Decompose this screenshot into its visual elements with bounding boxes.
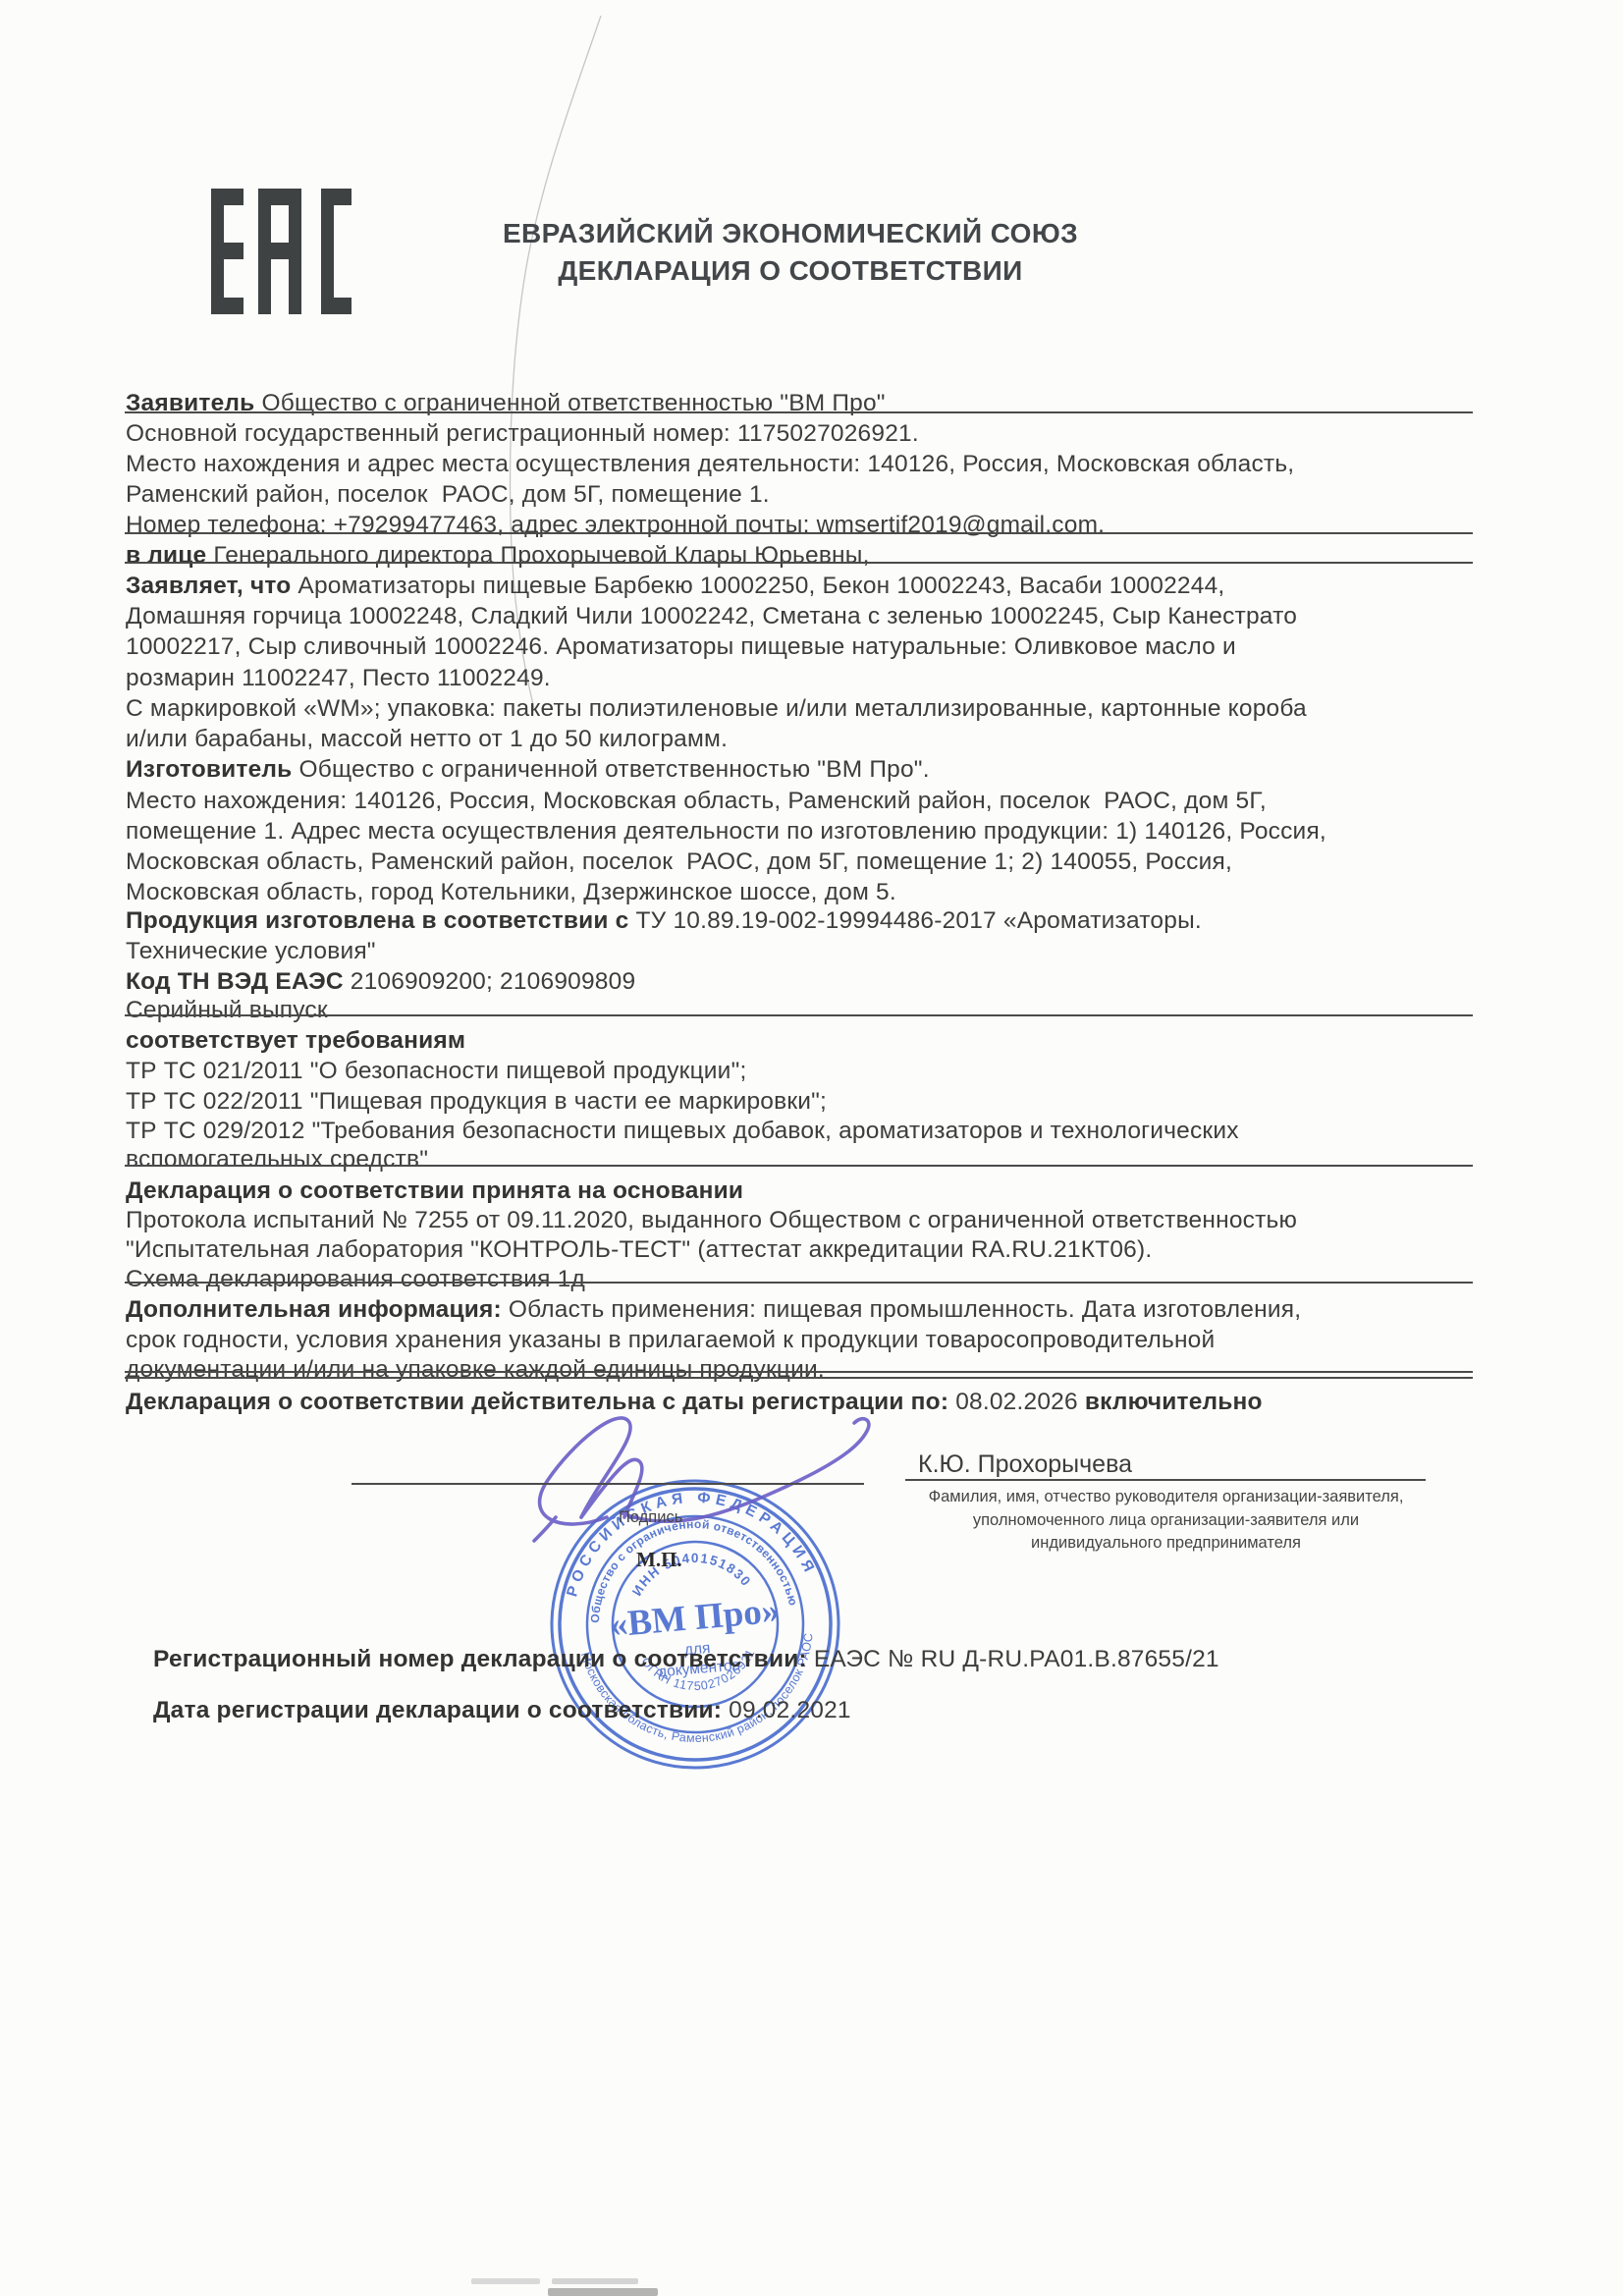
- registration-date-line: Дата регистрации декларации о соответств…: [126, 1669, 851, 1752]
- title-declaration: ДЕКЛАРАЦИЯ О СООТВЕТСТВИИ: [412, 252, 1168, 290]
- body-line-9: 10002217, Сыр сливочный 10002246. Аромат…: [126, 631, 1236, 662]
- holder-name: К.Ю. Прохорычева: [918, 1450, 1132, 1479]
- rule-applicant: [125, 411, 1473, 413]
- rule-serial: [125, 1014, 1473, 1016]
- body-line-29: "Испытательная лаборатория "КОНТРОЛЬ-ТЕС…: [126, 1234, 1152, 1265]
- title-union: ЕВРАЗИЙСКИЙ ЭКОНОМИЧЕСКИЙ СОЮЗ: [412, 215, 1168, 252]
- body-line-25: ТР ТС 029/2012 "Требования безопасности …: [126, 1116, 1239, 1146]
- body-line-26: вспомогательных средств": [126, 1144, 428, 1175]
- body-line-14: Место нахождения: 140126, Россия, Москов…: [126, 786, 1267, 816]
- body-line-6: в лице Генерального директора Прохорычев…: [126, 540, 870, 571]
- body-line-11: С маркировкой «WM»; упаковка: пакеты пол…: [126, 693, 1307, 724]
- rule-requirements: [125, 1165, 1473, 1167]
- body-line-31: Дополнительная информация: Область приме…: [126, 1294, 1301, 1325]
- body-line-10: розмарин 11002247, Песто 11002249.: [126, 663, 551, 693]
- declaration-document: ЕВРАЗИЙСКИЙ ЭКОНОМИЧЕСКИЙ СОЮЗ ДЕКЛАРАЦИ…: [0, 0, 1623, 2296]
- rule-additional-info: [125, 1371, 1473, 1373]
- holder-notes: Фамилия, имя, отчество руководителя орга…: [903, 1486, 1429, 1556]
- holder-name-line: [905, 1479, 1426, 1481]
- holder-note-3: индивидуального предпринимателя: [903, 1532, 1429, 1556]
- signature-line: [352, 1483, 864, 1485]
- holder-note-2: уполномоченного лица организации-заявите…: [903, 1509, 1429, 1533]
- eac-logo-icon: [211, 189, 352, 314]
- bottom-smudge-3: [548, 2288, 658, 2296]
- bottom-smudge-1: [471, 2278, 540, 2284]
- body-line-32: срок годности, условия хранения указаны …: [126, 1325, 1215, 1355]
- body-line-13: Изготовитель Общество с ограниченной отв…: [126, 754, 930, 785]
- body-line-3: Место нахождения и адрес места осуществл…: [126, 449, 1294, 479]
- body-line-8: Домашняя горчица 10002248, Сладкий Чили …: [126, 601, 1297, 631]
- body-line-2: Основной государственный регистрационный…: [126, 418, 919, 449]
- body-line-17: Московская область, город Котельники, Дз…: [126, 877, 896, 907]
- body-line-34: Декларация о соответствии действительна …: [126, 1387, 1263, 1417]
- body-line-24: ТР ТС 022/2011 "Пищевая продукция в част…: [126, 1086, 827, 1117]
- rule-scheme: [125, 1282, 1473, 1284]
- body-line-4: Раменский район, поселок РАОС, дом 5Г, п…: [126, 479, 770, 510]
- body-line-21: Серийный выпуск: [126, 995, 328, 1025]
- seal-place-label: М.П.: [636, 1548, 682, 1572]
- body-line-1: Заявитель Общество с ограниченной ответс…: [126, 388, 886, 418]
- body-line-20: Код ТН ВЭД ЕАЭС 2106909200; 2106909809: [126, 966, 635, 997]
- rule-contacts: [125, 532, 1473, 534]
- body-line-33: документации и/или на упаковке каждой ед…: [126, 1354, 825, 1385]
- body-line-16: Московская область, Раменский район, пос…: [126, 847, 1232, 877]
- registration-date-label: Дата регистрации декларации о соответств…: [153, 1697, 729, 1723]
- holder-note-1: Фамилия, имя, отчество руководителя орга…: [903, 1486, 1429, 1509]
- body-line-27: Декларация о соответствии принята на осн…: [126, 1175, 743, 1206]
- body-line-22: соответствует требованиям: [126, 1025, 465, 1056]
- body-line-18: Продукция изготовлена в соответствии с Т…: [126, 905, 1202, 936]
- rule-additional-info-2: [125, 1377, 1473, 1379]
- rule-person: [125, 562, 1473, 564]
- body-line-28: Протокола испытаний № 7255 от 09.11.2020…: [126, 1205, 1297, 1235]
- document-title: ЕВРАЗИЙСКИЙ ЭКОНОМИЧЕСКИЙ СОЮЗ ДЕКЛАРАЦИ…: [412, 215, 1168, 290]
- registration-number-value: ЕАЭС № RU Д-RU.РА01.В.87655/21: [814, 1646, 1219, 1672]
- registration-date-value: 09.02.2021: [729, 1697, 851, 1723]
- registration-number-label: Регистрационный номер декларации о соотв…: [153, 1646, 814, 1672]
- body-line-5: Номер телефона: +79299477463, адрес элек…: [126, 510, 1105, 540]
- body-line-30: Схема декларирования соответствия 1д: [126, 1264, 585, 1294]
- bottom-smudge-2: [552, 2278, 638, 2284]
- signature-caption: Подпись: [619, 1508, 682, 1527]
- body-line-23: ТР ТС 021/2011 "О безопасности пищевой п…: [126, 1056, 746, 1086]
- body-line-7: Заявляет, что Ароматизаторы пищевые Барб…: [126, 571, 1224, 601]
- body-line-12: и/или барабаны, массой нетто от 1 до 50 …: [126, 724, 728, 754]
- body-line-19: Технические условия": [126, 936, 376, 966]
- body-line-15: помещение 1. Адрес места осуществления д…: [126, 816, 1326, 847]
